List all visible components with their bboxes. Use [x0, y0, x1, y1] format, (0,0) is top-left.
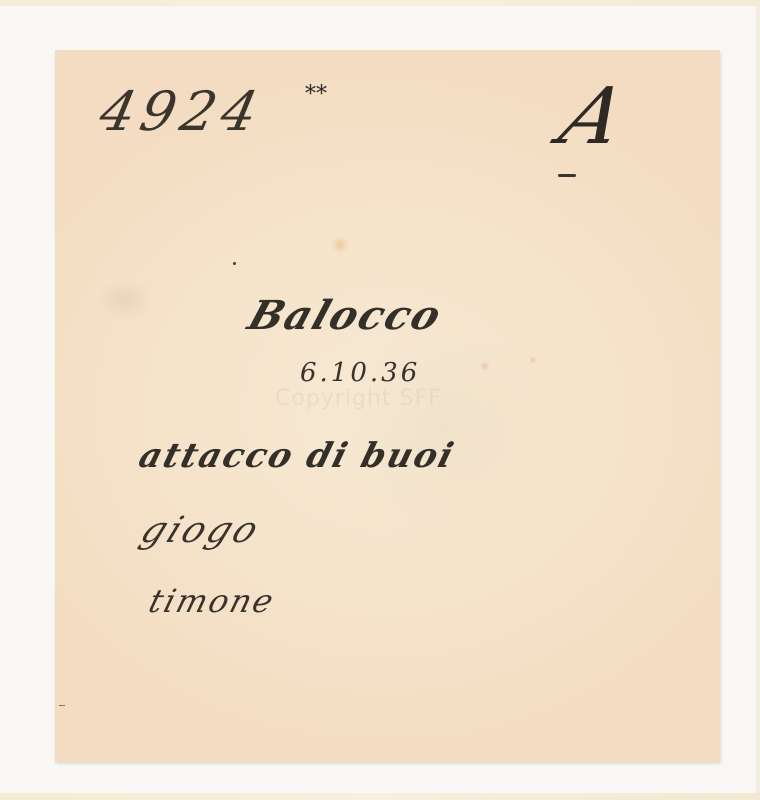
edge-mark [59, 705, 65, 706]
description-line-1: attacco di buoi [135, 436, 460, 476]
archive-card: 4924 ** A Balocco 6.10.36 Copyright SFF … [55, 50, 720, 762]
ink-speck [233, 262, 236, 265]
date: 6.10.36 [300, 358, 420, 388]
description-line-3: timone [145, 582, 279, 620]
mount-bottom-edge [0, 793, 760, 800]
catalog-marks: ** [305, 82, 327, 107]
series-underline [558, 174, 576, 177]
place-name: Balocco [242, 292, 448, 339]
catalog-number: 4924 [94, 80, 269, 143]
mount-right-edge [756, 0, 760, 800]
mount-top-edge [0, 0, 760, 6]
series-letter: A [549, 72, 639, 162]
description-line-2: giogo [135, 510, 268, 551]
copyright-watermark: Copyright SFF [275, 386, 442, 411]
